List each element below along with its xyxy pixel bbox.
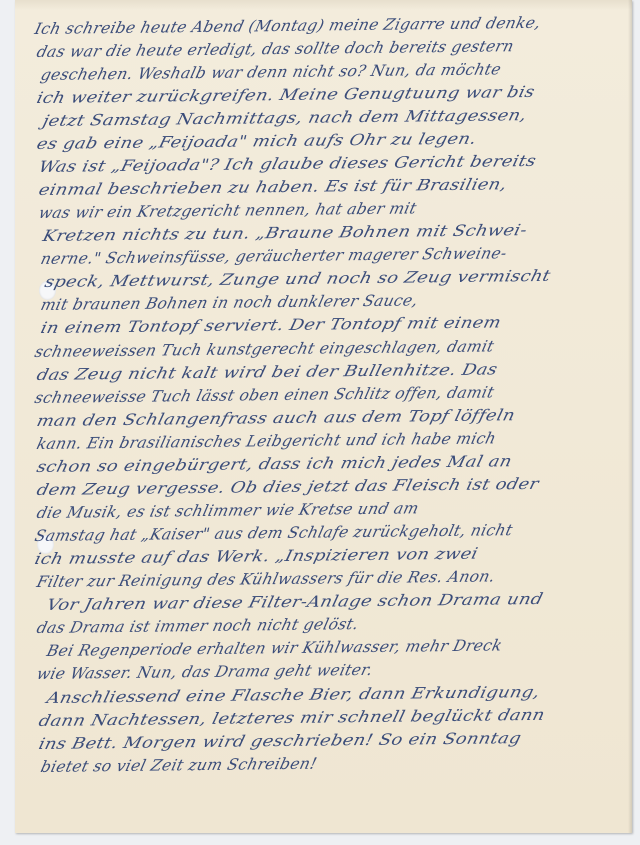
text-line: Samstag hat „Kaiser" aus dem Schlafe zur…: [33, 521, 515, 545]
text-line: das Zeug nicht kalt wird bei der Bullenh…: [35, 360, 500, 384]
text-line: ich weiter zurückgreifen. Meine Genugtuu…: [35, 83, 537, 107]
text-line: speck, Mettwurst, Zunge und noch so Zeug…: [43, 267, 553, 291]
text-line: schneeweisse Tuch lässt oben einen Schli…: [33, 383, 496, 407]
text-line: Ich schreibe heute Abend (Montag) meine …: [33, 14, 543, 38]
text-line: kann. Ein brasilianisches Leibgericht un…: [35, 429, 498, 453]
text-line: schneeweissen Tuch kunstgerecht eingesch…: [33, 337, 496, 361]
text-line: Kretzen nichts zu tun. „Braune Bohnen mi…: [41, 221, 529, 245]
text-line: das Drama ist immer noch nicht gelöst.: [35, 615, 361, 637]
text-line: Was ist „Feijoada"? Ich glaube dieses Ge…: [37, 152, 538, 176]
text-line: was wir ein Kretzgericht nennen, hat abe…: [37, 199, 419, 222]
text-line: schon so eingebürgert, dass ich mich jed…: [35, 452, 514, 476]
text-line: dem Zeug vergesse. Ob dies jetzt das Fle…: [35, 475, 541, 499]
text-line: einmal beschrieben zu haben. Es ist für …: [37, 175, 509, 199]
text-line: die Musik, es ist schlimmer wie Kretse u…: [35, 499, 421, 522]
text-line: Filter zur Reinigung des Kühlwassers für…: [35, 567, 497, 591]
text-line: bietet so viel Zeit zum Schreiben!: [39, 755, 319, 776]
text-line: man den Schlangenfrass auch aus dem Topf…: [35, 406, 517, 430]
text-line: es gab eine „Feijoada" mich aufs Ohr zu …: [35, 130, 479, 153]
text-line: Anschliessend eine Flasche Bier, dann Er…: [45, 683, 542, 707]
text-line: ich musste auf das Werk. „Inspizieren vo…: [33, 545, 480, 568]
text-line: in einem Tontopf serviert. Der Tontopf m…: [39, 313, 503, 337]
text-line: wie Wasser. Nun, das Drama geht weiter.: [35, 661, 375, 683]
text-line: jetzt Samstag Nachmittags, nach dem Mitt…: [41, 106, 529, 130]
text-line: mit braunen Bohnen in noch dunklerer Sau…: [39, 291, 420, 314]
text-line: das war die heute erledigt, das sollte d…: [35, 37, 516, 61]
text-line: geschehen. Weshalb war denn nicht so? Nu…: [39, 60, 503, 84]
letter-page: Ich schreibe heute Abend (Montag) meine …: [15, 0, 632, 833]
text-line: Vor Jahren war diese Filter-Anlage schon…: [45, 590, 545, 614]
text-line: nerne." Schweinsfüsse, geräucherter mage…: [39, 244, 509, 268]
text-line: Bei Regenperiode erhalten wir Kühlwasser…: [45, 636, 504, 660]
text-line: ins Bett. Morgen wird geschrieben! So ei…: [37, 729, 523, 753]
text-line: dann Nachtessen, letzteres mir schnell b…: [37, 706, 547, 730]
